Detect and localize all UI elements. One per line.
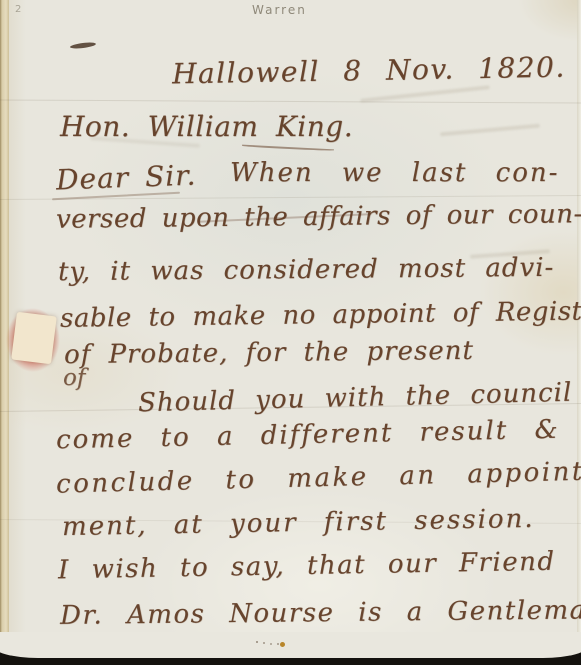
bleedthrough-mark [360, 85, 490, 103]
scanned-letter-page: Warren 2 Hallowell 8 Nov. 1820. Hon. Wil… [0, 0, 581, 665]
body-line: conclude to make an appoint- [56, 456, 581, 499]
gold-speck [280, 642, 285, 647]
ink-smudge [70, 41, 96, 49]
body-line: Should you with the council [138, 378, 573, 419]
body-line: Dr. Amos Nourse is a Gentlema— [60, 595, 581, 631]
body-line: come to a different result & [56, 415, 560, 456]
body-line: ty, it was considered most advi- [58, 253, 555, 287]
recipient-underline-flourish [242, 145, 334, 152]
body-line: sable to make no appoint of Register [60, 296, 581, 334]
fold-crease [0, 99, 581, 103]
body-line: of Probate, for the present [64, 336, 474, 370]
paper-bottom-edge [0, 632, 581, 658]
speck [256, 641, 258, 643]
wax-seal-remnant [6, 308, 60, 372]
seal-paper-patch [11, 312, 57, 365]
body-line: ment, at your first session. [62, 504, 535, 542]
body-line: I wish to say, that our Friend [58, 547, 556, 586]
pencil-annotation: Warren [252, 3, 307, 17]
bleedthrough-mark [440, 124, 540, 137]
recipient-line: Hon. William King. [60, 110, 353, 143]
salutation: Dear Sir. [55, 159, 196, 197]
corner-page-mark: 2 [15, 4, 21, 15]
dateline: Hallowell 8 Nov. 1820. [172, 51, 566, 91]
stray-word: of [63, 365, 85, 391]
body-line: When we last con- [230, 158, 559, 188]
